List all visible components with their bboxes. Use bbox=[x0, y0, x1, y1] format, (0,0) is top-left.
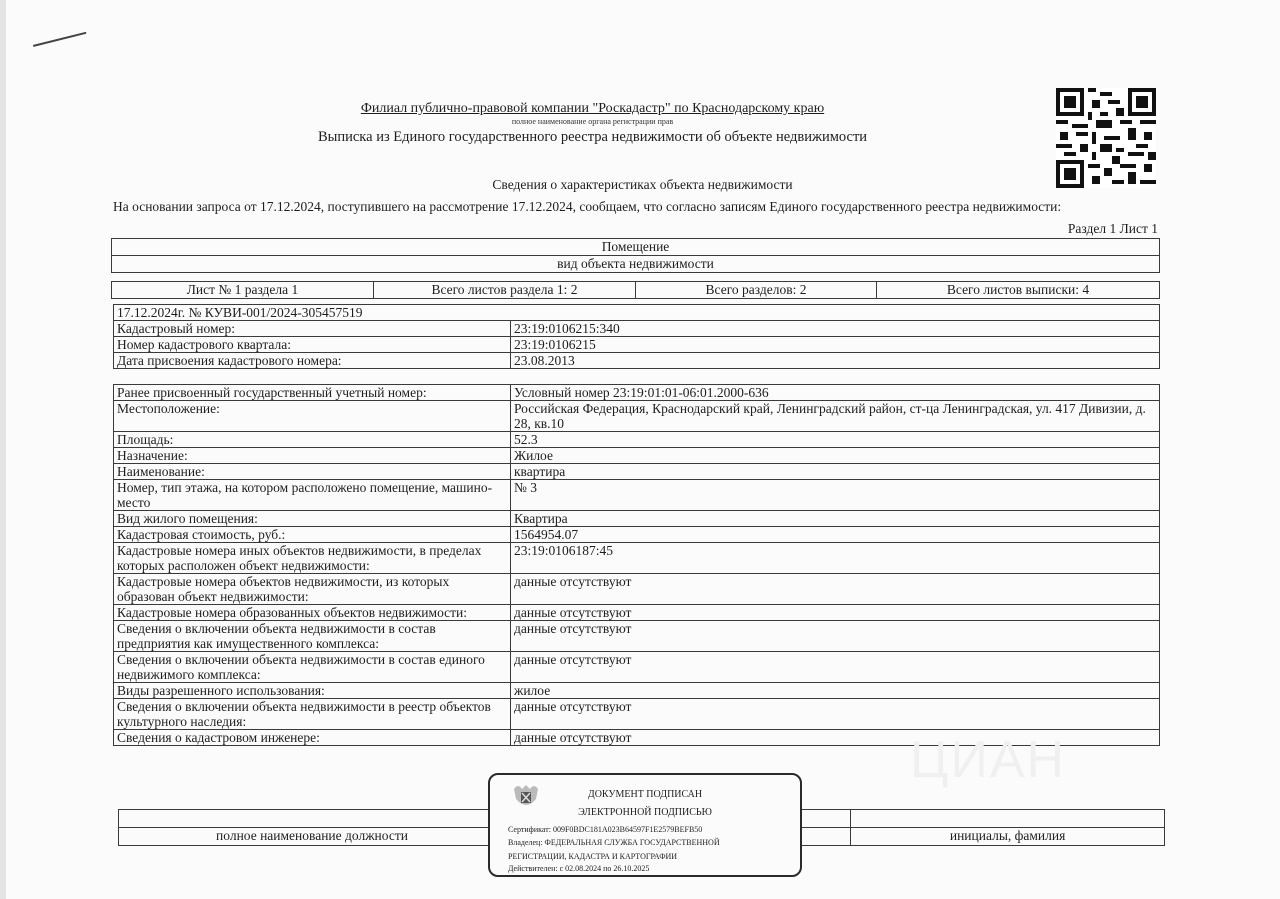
table-row: Виды разрешенного использования:жилое bbox=[114, 683, 1160, 699]
stamp-owner: Владелец: ФЕДЕРАЛЬНАЯ СЛУЖБА ГОСУДАРСТВЕ… bbox=[508, 838, 720, 847]
stamp-certificate: Сертификат: 009F0BDC181A023B64597F1E2579… bbox=[508, 825, 702, 834]
object-type-table: Помещение вид объекта недвижимости bbox=[111, 238, 1160, 273]
characteristics-table: Ранее присвоенный государственный учетны… bbox=[113, 384, 1160, 746]
table-row: Сведения о включении объекта недвижимост… bbox=[114, 621, 1160, 652]
sheets-total: Всего листов выписки: 4 bbox=[877, 282, 1160, 299]
name-caption: инициалы, фамилия bbox=[851, 828, 1165, 846]
stamp-title: ДОКУМЕНТ ПОДПИСАН bbox=[490, 789, 800, 800]
sheet-info-table: Лист № 1 раздела 1 Всего листов раздела … bbox=[111, 281, 1160, 299]
watermark: ЦИАН bbox=[910, 730, 1066, 790]
pen-mark bbox=[33, 32, 87, 47]
table-row: Вид жилого помещения:Квартира bbox=[114, 511, 1160, 527]
table-row: Номер, тип этажа, на котором расположено… bbox=[114, 480, 1160, 511]
table-row: Назначение:Жилое bbox=[114, 448, 1160, 464]
table-row: Местоположение:Российская Федерация, Кра… bbox=[114, 401, 1160, 432]
position-caption: полное наименование должности bbox=[119, 828, 506, 846]
org-caption: полное наименование органа регистрации п… bbox=[0, 117, 1185, 126]
sheet-number: Лист № 1 раздела 1 bbox=[112, 282, 374, 299]
table-row: Дата присвоения кадастрового номера:23.0… bbox=[114, 353, 1160, 369]
table-row: Кадастровая стоимость, руб.:1564954.07 bbox=[114, 527, 1160, 543]
record-number: 17.12.2024г. № КУВИ-001/2024-305457519 bbox=[114, 305, 1160, 321]
section-sheet-label: Раздел 1 Лист 1 bbox=[1068, 221, 1158, 237]
registry-header-table: 17.12.2024г. № КУВИ-001/2024-305457519 К… bbox=[113, 304, 1160, 369]
section-sheets-total: Всего листов раздела 1: 2 bbox=[374, 282, 636, 299]
stamp-validity: Действителен: с 02.08.2024 по 26.10.2025 bbox=[508, 864, 649, 873]
table-row: Кадастровые номера объектов недвижимости… bbox=[114, 574, 1160, 605]
org-name: Филиал публично-правовой компании "Роска… bbox=[0, 101, 1185, 117]
object-type: Помещение bbox=[112, 239, 1160, 256]
stamp-subtitle: ЭЛЕКТРОННОЙ ПОДПИСЬЮ bbox=[490, 807, 800, 818]
table-row: Номер кадастрового квартала:23:19:010621… bbox=[114, 337, 1160, 353]
object-type-caption: вид объекта недвижимости bbox=[112, 256, 1160, 273]
table-row: Ранее присвоенный государственный учетны… bbox=[114, 385, 1160, 401]
table-row: Наименование:квартира bbox=[114, 464, 1160, 480]
electronic-signature-stamp: ДОКУМЕНТ ПОДПИСАН ЭЛЕКТРОННОЙ ПОДПИСЬЮ С… bbox=[488, 773, 802, 877]
table-row: Сведения о включении объекта недвижимост… bbox=[114, 652, 1160, 683]
table-row: Кадастровые номера образованных объектов… bbox=[114, 605, 1160, 621]
table-row: Сведения о включении объекта недвижимост… bbox=[114, 699, 1160, 730]
request-basis-text: На основании запроса от 17.12.2024, пост… bbox=[113, 199, 1061, 215]
sections-total: Всего разделов: 2 bbox=[636, 282, 877, 299]
stamp-owner-cont: РЕГИСТРАЦИИ, КАДАСТРА И КАРТОГРАФИИ bbox=[508, 852, 677, 861]
qr-code-icon bbox=[1055, 88, 1157, 188]
table-row: Площадь:52.3 bbox=[114, 432, 1160, 448]
section-subtitle: Сведения о характеристиках объекта недви… bbox=[0, 177, 1280, 193]
table-row: Кадастровые номера иных объектов недвижи… bbox=[114, 543, 1160, 574]
table-row: Кадастровый номер:23:19:0106215:340 bbox=[114, 321, 1160, 337]
document-title: Выписка из Единого государственного реес… bbox=[0, 129, 1185, 146]
